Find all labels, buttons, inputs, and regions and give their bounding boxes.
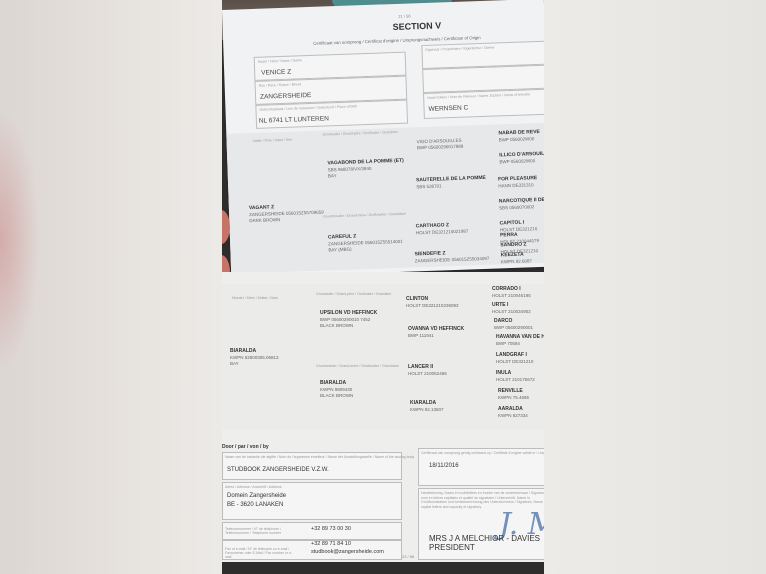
studbook-value: ZANGERSHEIDE [260, 92, 312, 101]
issuer-phone-box: Telefoonnummer / N° de téléphone / Telef… [222, 522, 402, 540]
dam-gen4-8: AARALDA KWPN 827334 [498, 406, 528, 419]
maternal-grandsire: UPSILON VD HEFFINCK BWP 05600290010 7452… [320, 310, 377, 329]
certificate-page-top: 21 / 56 SECTION V Certificaat van oorspr… [222, 0, 544, 278]
blurred-finger [0, 110, 40, 370]
sire-pedigree: Vader / Père / Vater / Sire Grootvader /… [226, 123, 544, 274]
birthplace-value: NL 6741 LT LUNTEREN [259, 115, 329, 124]
document-photo: 21 / 56 SECTION V Certificaat van oorspr… [222, 0, 544, 574]
dam: BIARALDA KWPN 52800306.06813 BAY [230, 348, 279, 367]
dam-gen3-2: OVANNA VD HEFFINCK BWP 111941 [408, 326, 464, 339]
sire: VAGANT Z ZANGERSHEIDE 056015Z55709659 DA… [249, 203, 324, 224]
issuer-phone: +32 89 73 00 30 [311, 526, 351, 532]
blurred-background-left [0, 0, 222, 574]
horse-name: VENICE Z [261, 69, 291, 77]
gen3-2: SAUTERELLE DE LA POMME SBS 536701 [416, 175, 486, 190]
paternal-granddam: CAREFUL Z ZANGERSHEIDE 056015Z55514001 B… [328, 232, 403, 253]
gen3-1: VIGO D'ARSOUILLES BWP 05600290017888 [417, 138, 464, 152]
dam-gen4-1: CORRADO I HOLST 210046195 [492, 286, 531, 299]
breeder-value: WERNSEN C [428, 104, 468, 112]
issuer-address-box: Adres / Adresse / Anschrift / Address Do… [222, 482, 402, 520]
gen3-3: CARTHAGO Z HOLST DE321210021987 [416, 222, 469, 237]
dam-gen4-6: INULA HOLST 210175672 [496, 370, 535, 383]
validation-date: 18/11/2016 [429, 463, 459, 469]
signature-box: Handtekening, Naam in hoofdletters en fu… [418, 488, 544, 560]
validation-box: Certificaat van oorsprong geldig verklaa… [418, 448, 544, 486]
breeder-field: Naam fokker / Nom de l'éleveur / Name Zü… [423, 88, 544, 119]
issuer-email: studbook@zangersheide.com [311, 549, 384, 555]
page-number: 21 / 56 [398, 13, 410, 18]
paternal-grandsire: VAGABOND DE LA POMME (ET) SBS 968078/VX/… [327, 158, 404, 180]
blurred-background-right [544, 0, 766, 574]
gen3-4: SIENDEFIE Z ZANGERSHEIDE 056015Z55034097 [415, 249, 490, 264]
dam-gen4-3: DARCO BWP 05600290001 [494, 318, 533, 331]
certificate-page-bottom: Moeder / Mère / Mutter / Dam Grootvader … [222, 272, 544, 562]
issuer-fax-email-box: Fax of e-mail / N° de télécopie ou e-mai… [222, 540, 402, 560]
dam-gen4-2: URTE I HOLST 210034902 [492, 302, 531, 315]
dam-gen4-4: HAVANNA VAN DE HELLE BWP 70594 [496, 334, 544, 347]
issuer-org-box: Naam van de instantie die afgifte / Nom … [222, 452, 402, 480]
dam-gen3-1: CLINTON HOLST DE321210236093 [406, 296, 458, 309]
gen4-1: NABAB DE REVE BWP 056002W00 [498, 129, 540, 143]
dam-gen4-7: RENVILLE KWPN 75.4695 [498, 388, 529, 401]
signatory-title: PRESIDENT [429, 544, 475, 553]
issuer-address-line1: Domein Zangersheide [227, 493, 286, 499]
gen4-4: NARCOTIQUE II DE JALESNES SBS 0560070002 [499, 196, 544, 211]
issuer-heading: Door / par / von / by [222, 444, 269, 450]
issuer-address-line2: BE - 3620 LANAKEN [227, 502, 283, 508]
dam-pedigree: Moeder / Mère / Mutter / Dam Grootvader … [222, 284, 544, 430]
gen4-3: FOR PLEASURE HANN DE331310 [498, 175, 538, 189]
issuer-org: STUDBOOK ZANGERSHEIDE V.Z.W. [227, 467, 329, 473]
dam-gen3-4: KIARALDA KWPN 92.13607 [410, 400, 444, 413]
birthplace-field: Geboorteplaats / Lieu de naissance / Geb… [255, 100, 408, 129]
maternal-granddam: BIARALDA KWPN 9809430 BLACK BROWN [320, 380, 353, 399]
gen4-8: KEEZETA KWPN 92.6087 [501, 251, 532, 265]
page-number: 22 / 56 [402, 554, 414, 559]
issuer-fax: +32 89 71 84 10 [311, 541, 351, 547]
dam-gen4-5: LANDGRAF I HOLST DE321210 [496, 352, 533, 365]
gen4-2: ILLICO D'ARSOUILLES BWP 056002W00 [499, 151, 544, 166]
section-title: SECTION V [393, 20, 442, 32]
dam-gen3-3: LANCER II HOLST 210052466 [408, 364, 447, 377]
